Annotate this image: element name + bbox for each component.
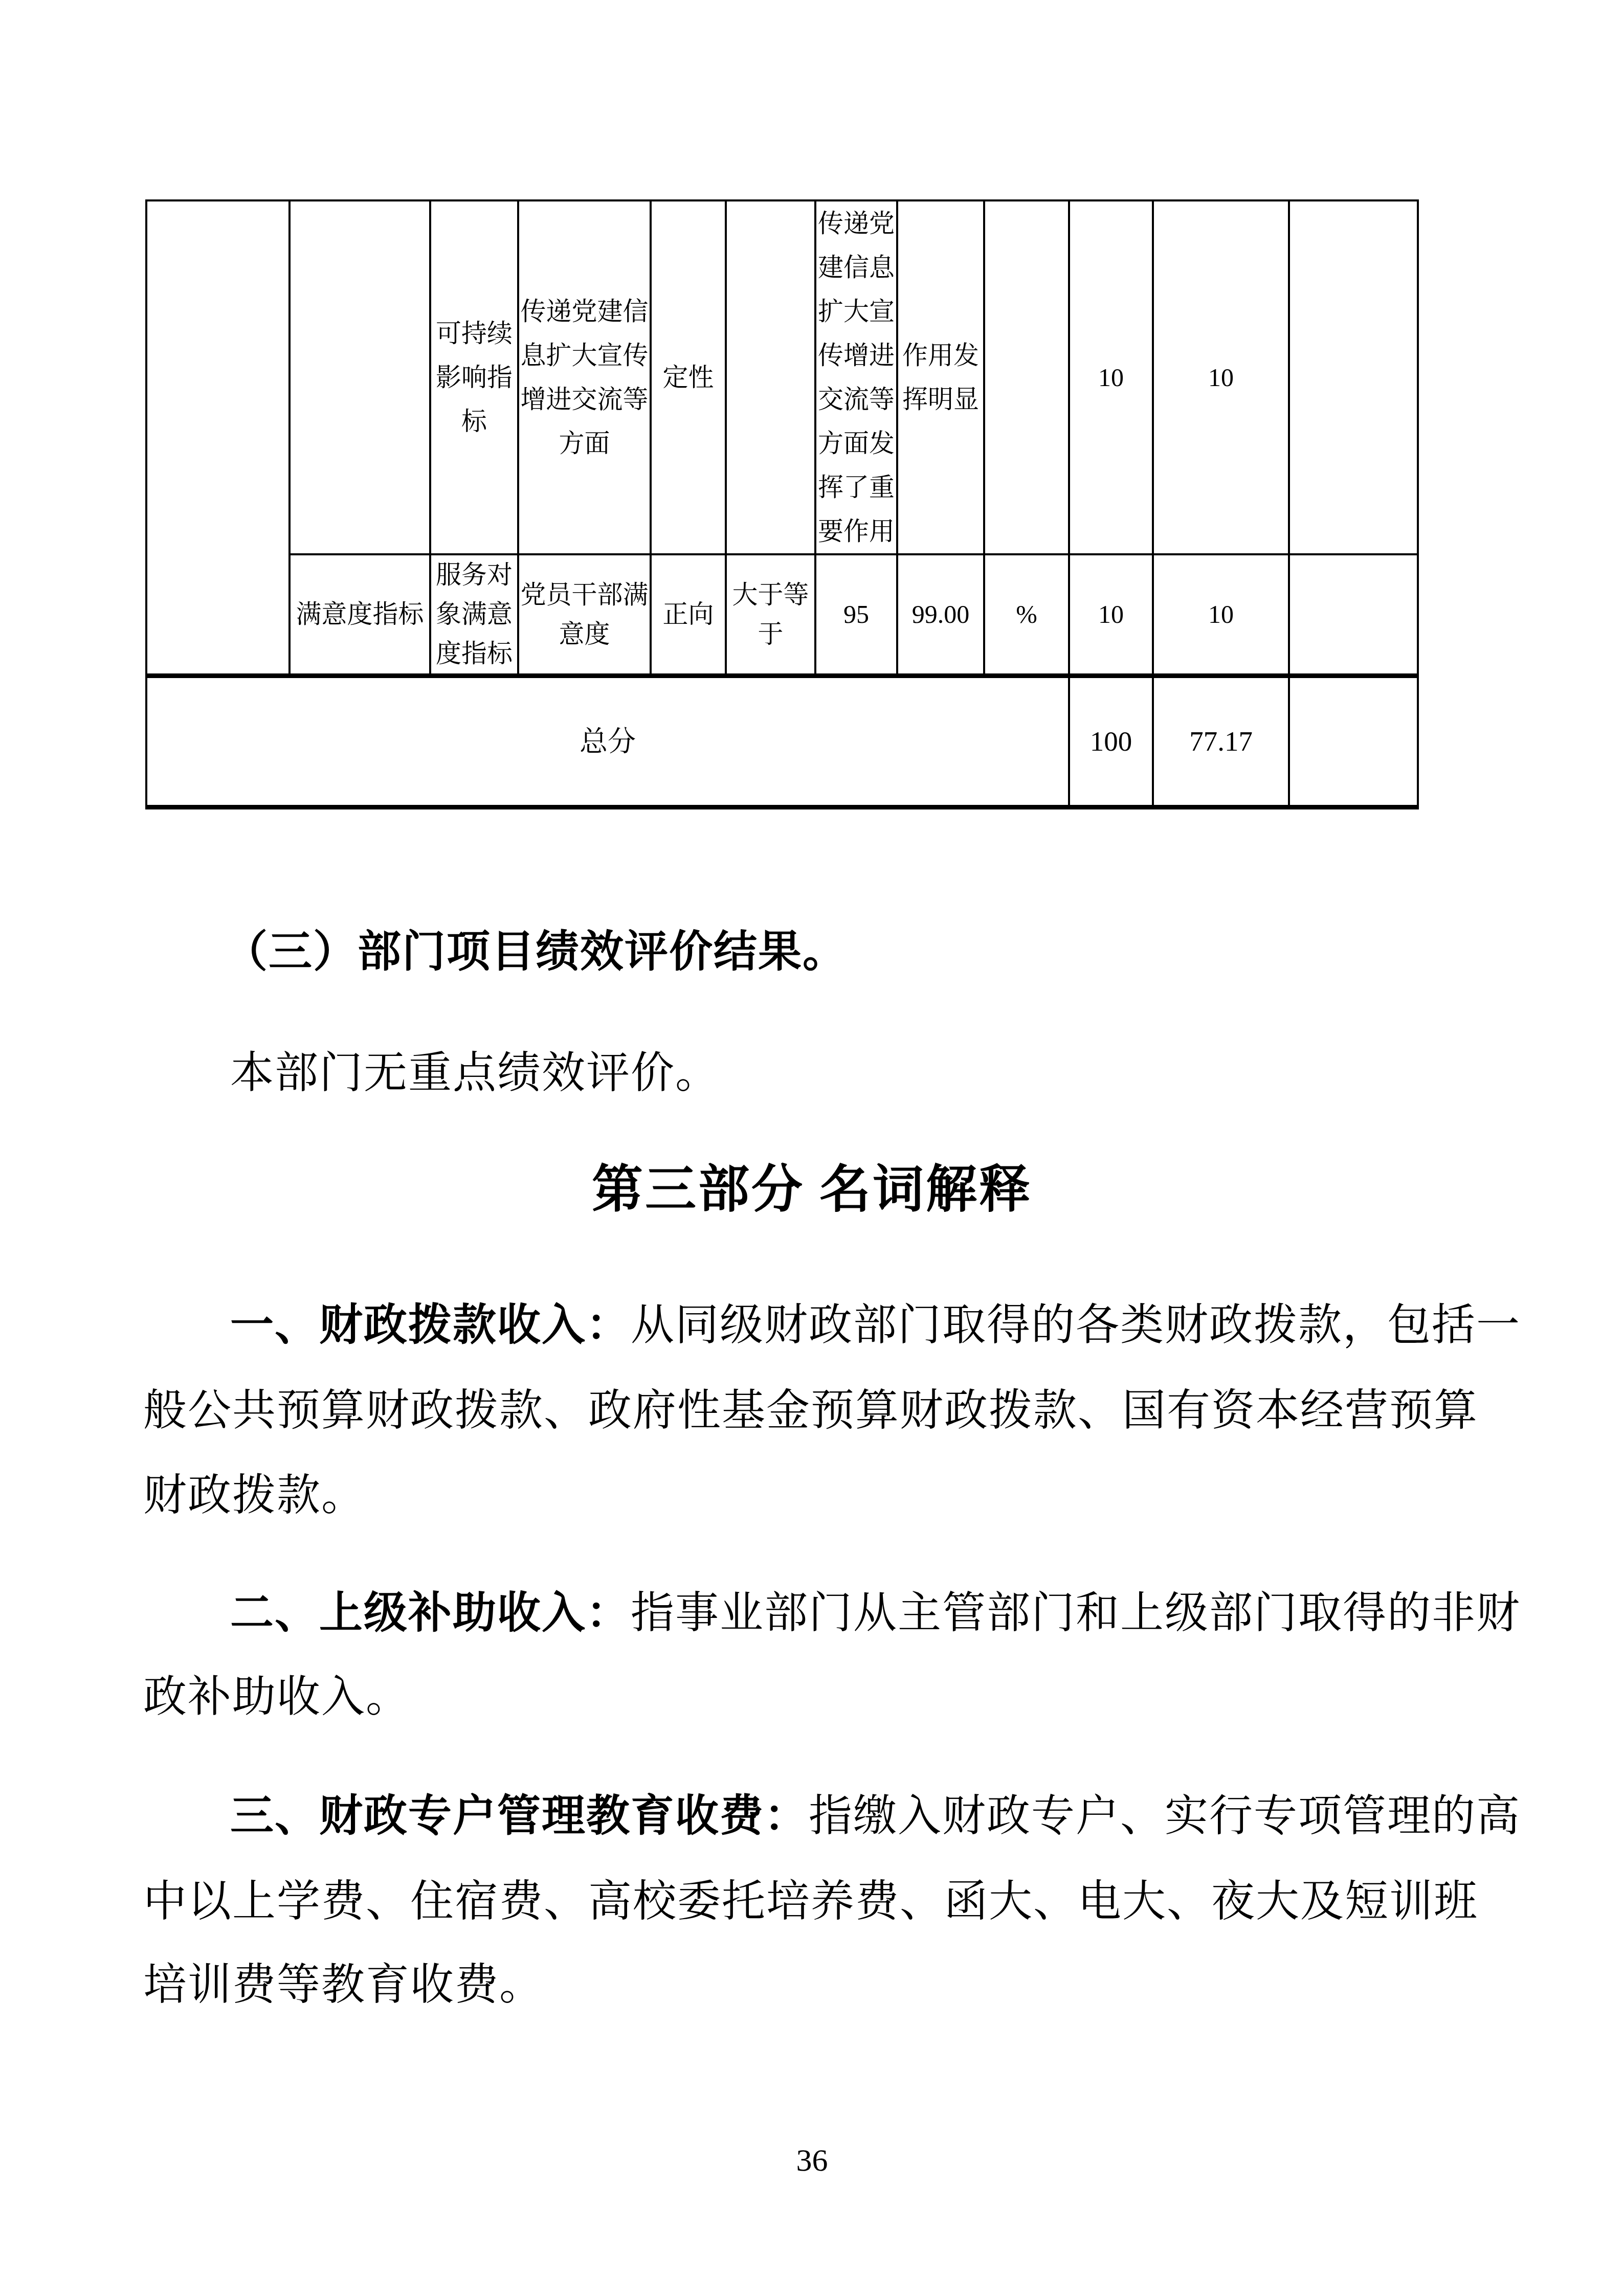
cell-actual-value-row2: 99.00 (897, 554, 984, 676)
cell-total-label: 总分 (146, 676, 1069, 807)
cell-indicator-name-row1: 传递党建信息扩大宣传增进交流等方面 (518, 200, 651, 554)
cell-target-value-row2: 95 (815, 554, 897, 676)
para3-line1-text: 指缴入财政专户、实行专项管理的高 (809, 1792, 1521, 1840)
cell-remark-row1-empty (1289, 200, 1418, 554)
para1-line1-text: 从同级财政部门取得的各类财政拨款，包括一 (631, 1301, 1521, 1349)
cell-metric-nature-row1: 定性 (651, 200, 726, 554)
cell-weight-row2: 10 (1069, 554, 1153, 676)
cell-unit-row2: % (984, 554, 1069, 676)
cell-indicator-name-row2: 党员干部满意度 (518, 554, 651, 676)
cell-target-value-row1: 传递党建信息扩大宣传增进交流等方面发挥了重要作用 (815, 200, 897, 554)
para2-line2: 政补助收入。 (143, 1672, 1483, 1723)
para2-term: 二、上级补助收入： (230, 1589, 631, 1637)
part-three-title: 第三部分 名词解释 (0, 1164, 1624, 1215)
cell-metric-direction-row2: 正向 (651, 554, 726, 676)
para3-line1: 三、财政专户管理教育收费：指缴入财政专户、实行专项管理的高 (143, 1791, 1570, 1842)
cell-total-remark-empty (1289, 676, 1418, 807)
cell-weight-row1: 10 (1069, 200, 1153, 554)
para3-line3: 培训费等教育收费。 (143, 1960, 1483, 2011)
document-page: 可持续影响指标 传递党建信息扩大宣传增进交流等方面 定性 传递党建信息扩大宣传增… (0, 0, 1624, 2296)
cell-indicator-category-empty (290, 200, 430, 554)
para1-term: 一、财政拨款收入： (230, 1301, 631, 1349)
cell-sustainability-indicator: 可持续影响指标 (430, 200, 518, 554)
cell-comparison-row2: 大于等于 (726, 554, 815, 676)
cell-unit-row1-empty (984, 200, 1069, 554)
cell-actual-value-row1: 作用发挥明显 (897, 200, 984, 554)
para1-line2: 般公共预算财政拨款、政府性基金预算财政拨款、国有资本经营预算 (143, 1385, 1483, 1436)
para1-line3: 财政拨款。 (143, 1470, 1483, 1521)
para3-term: 三、财政专户管理教育收费： (230, 1792, 809, 1840)
performance-indicator-table: 可持续影响指标 传递党建信息扩大宣传增进交流等方面 定性 传递党建信息扩大宣传增… (145, 199, 1419, 809)
cell-total-weight: 100 (1069, 676, 1153, 807)
section-heading-3: （三）部门项目绩效评价结果。 (143, 927, 1564, 978)
cell-remark-row2-empty (1289, 554, 1418, 676)
page-number: 36 (0, 2143, 1624, 2179)
para3-line2: 中以上学费、住宿费、高校委托培养费、函大、电大、夜大及短训班 (143, 1876, 1483, 1927)
paragraph-no-key-evaluation: 本部门无重点绩效评价。 (143, 1048, 1570, 1099)
cell-total-score: 77.17 (1153, 676, 1289, 807)
cell-satisfaction-category: 满意度指标 (290, 554, 430, 676)
cell-comparison-row1-empty (726, 200, 815, 554)
cell-satisfaction-subcategory: 服务对象满意度指标 (430, 554, 518, 676)
cell-score-row1: 10 (1153, 200, 1289, 554)
cell-first-level-indicator-empty (146, 200, 290, 676)
para1-line1: 一、财政拨款收入：从同级财政部门取得的各类财政拨款，包括一 (143, 1300, 1570, 1351)
cell-score-row2: 10 (1153, 554, 1289, 676)
para2-line1: 二、上级补助收入：指事业部门从主管部门和上级部门取得的非财 (143, 1588, 1570, 1639)
para2-line1-text: 指事业部门从主管部门和上级部门取得的非财 (631, 1589, 1521, 1637)
